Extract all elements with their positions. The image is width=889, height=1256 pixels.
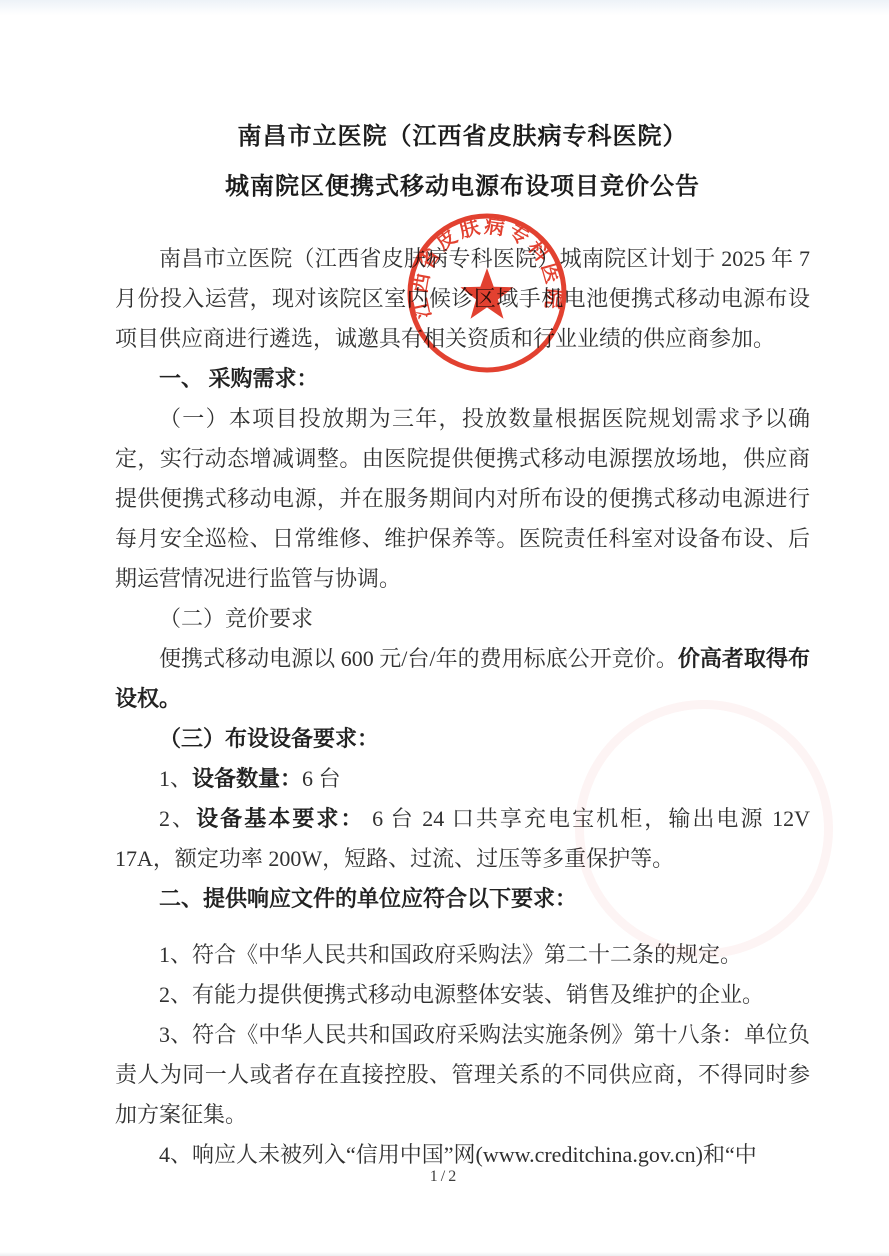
device-quantity-number: 1、 (159, 766, 192, 791)
document-body: 南昌市立医院（江西省皮肤病专科医院）城南院区计划于 2025 年 7 月份投入运… (115, 239, 810, 1175)
section2-requirements-list: 1、符合《中华人民共和国政府采购法》第二十二条的规定。 2、有能力提供便携式移动… (115, 935, 810, 1175)
section1-item1: （一）本项目投放期为三年，投放数量根据医院规划需求予以确定，实行动态增减调整。由… (115, 399, 810, 599)
section1-item2-text: 便携式移动电源以 600 元/台/年的费用标底公开竞价。价高者取得布设权。 (115, 639, 810, 719)
device-requirements-line: 2、设备基本要求： 6 台 24 口共享充电宝机柜，输出电源 12V 17A，额… (115, 799, 810, 879)
bid-price-text: 便携式移动电源以 600 元/台/年的费用标底公开竞价。 (159, 646, 678, 671)
scan-artifact-top-edge (0, 0, 889, 16)
section1-heading: 一、 采购需求： (115, 359, 810, 399)
document-content: 南昌市立医院（江西省皮肤病专科医院） 城南院区便携式移动电源布设项目竞价公告 南… (115, 112, 810, 1175)
document-title-line2: 城南院区便携式移动电源布设项目竞价公告 (115, 162, 810, 212)
section2-item3: 3、符合《中华人民共和国政府采购法实施条例》第十八条：单位负责人为同一人或者存在… (115, 1015, 810, 1135)
section2-item1: 1、符合《中华人民共和国政府采购法》第二十二条的规定。 (115, 935, 810, 975)
page-number: 1/2 (0, 1168, 889, 1186)
section2-heading: 二、提供响应文件的单位应符合以下要求： (115, 879, 810, 919)
intro-paragraph: 南昌市立医院（江西省皮肤病专科医院）城南院区计划于 2025 年 7 月份投入运… (115, 239, 810, 359)
section1-item2-heading: （二）竞价要求 (115, 599, 810, 639)
device-quantity-value: 6 台 (302, 766, 341, 791)
device-requirements-label: 设备基本要求： (196, 806, 364, 831)
section2-item2: 2、有能力提供便携式移动电源整体安装、销售及维护的企业。 (115, 975, 810, 1015)
device-quantity-label: 设备数量： (192, 766, 302, 791)
document-title-line1: 南昌市立医院（江西省皮肤病专科医院） (115, 112, 810, 162)
device-requirements-number: 2、 (159, 806, 196, 831)
scan-artifact-bottom-edge (0, 1252, 889, 1256)
section2-heading-text: 二、提供响应文件的单位应符合以下要求： (159, 886, 577, 911)
section1-item3-heading-text: （三）布设设备要求： (159, 726, 379, 751)
device-quantity-line: 1、设备数量：6 台 (115, 759, 810, 799)
scanned-document-page: 南昌市立医院（江西省皮肤病专科医院） 城南院区便携式移动电源布设项目竞价公告 南… (0, 0, 889, 1256)
section1-heading-text: 一、 采购需求： (159, 366, 319, 391)
section1-item3-heading: （三）布设设备要求： (115, 719, 810, 759)
